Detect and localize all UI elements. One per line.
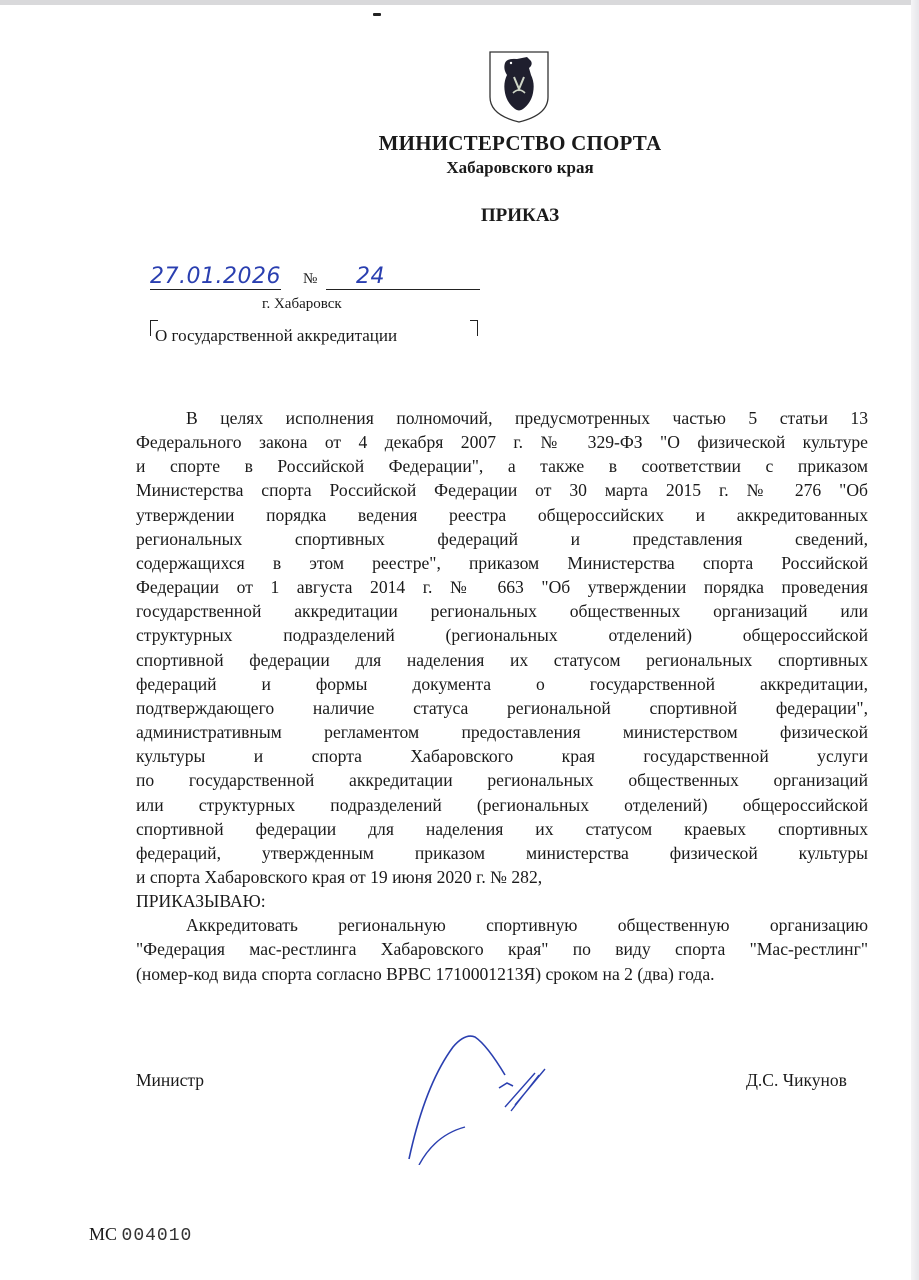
scan-speck <box>373 13 381 16</box>
body-line: Министерства спорта Российской Федерации… <box>136 478 868 502</box>
body-line: утверждении порядка ведения реестра обще… <box>136 503 868 527</box>
document-type: ПРИКАЗ <box>290 205 750 227</box>
decree-line: "Федерация мас-рестлинга Хабаровского кр… <box>136 937 868 961</box>
number-sign: № <box>303 271 317 288</box>
order-subject: О государственной аккредитации <box>155 326 397 346</box>
subject-bracket-right <box>470 320 478 336</box>
body-line: государственной аккредитации региональны… <box>136 599 868 623</box>
body-line: и спорте в Российской Федерации", а такж… <box>136 454 868 478</box>
body-line: структурных подразделений (региональных … <box>136 623 868 647</box>
signatory-position: Министр <box>136 1070 204 1091</box>
body-line: спортивной федерации для наделения их ст… <box>136 648 868 672</box>
order-body: В целях исполнения полномочий, предусмот… <box>136 406 868 986</box>
body-line: В целях исполнения полномочий, предусмот… <box>136 406 868 430</box>
body-line: подтверждающего наличие статуса регионал… <box>136 696 868 720</box>
body-line: культуры и спорта Хабаровского края госу… <box>136 744 868 768</box>
body-line: спортивной федерации для наделения их ст… <box>136 817 868 841</box>
top-edge-bar <box>0 0 919 5</box>
order-date-number: 27.01.2026 № 24 <box>150 266 480 292</box>
body-line: федераций и формы документа о государств… <box>136 672 868 696</box>
body-line: Федерации от 1 августа 2014 г. № 663 "Об… <box>136 575 868 599</box>
page-right-edge <box>911 0 919 1280</box>
body-line: Федерального закона от 4 декабря 2007 г.… <box>136 430 868 454</box>
body-line: административным регламентом предоставле… <box>136 720 868 744</box>
handwritten-signature-icon <box>395 1025 565 1165</box>
coat-of-arms-icon <box>487 49 551 124</box>
body-line: и спорта Хабаровского края от 19 июня 20… <box>136 865 868 889</box>
body-line: содержащихся в этом реестре", приказом М… <box>136 551 868 575</box>
signatory-name: Д.С. Чикунов <box>746 1070 847 1091</box>
serial-digits: 004010 <box>122 1226 193 1246</box>
number-underline <box>326 289 480 290</box>
order-number: 24 <box>356 264 385 289</box>
body-line: федераций, утвержденным приказом министе… <box>136 841 868 865</box>
body-line: по государственной аккредитации регионал… <box>136 768 868 792</box>
body-line: или структурных подразделений (региональ… <box>136 793 868 817</box>
serial-series: МС <box>89 1224 117 1244</box>
order-date: 27.01.2026 <box>150 264 281 290</box>
body-line: региональных спортивных федераций и пред… <box>136 527 868 551</box>
decree-line: (номер-код вида спорта согласно ВРВС 171… <box>136 962 868 986</box>
ministry-title: МИНИСТЕРСТВО СПОРТА <box>290 131 750 156</box>
city: г. Хабаровск <box>262 296 342 313</box>
ministry-region: Хабаровского края <box>290 158 750 178</box>
decree-line: Аккредитовать региональную спортивную об… <box>136 913 868 937</box>
form-serial-number: МС 004010 <box>89 1224 192 1246</box>
decree-word: ПРИКАЗЫВАЮ: <box>136 889 868 913</box>
